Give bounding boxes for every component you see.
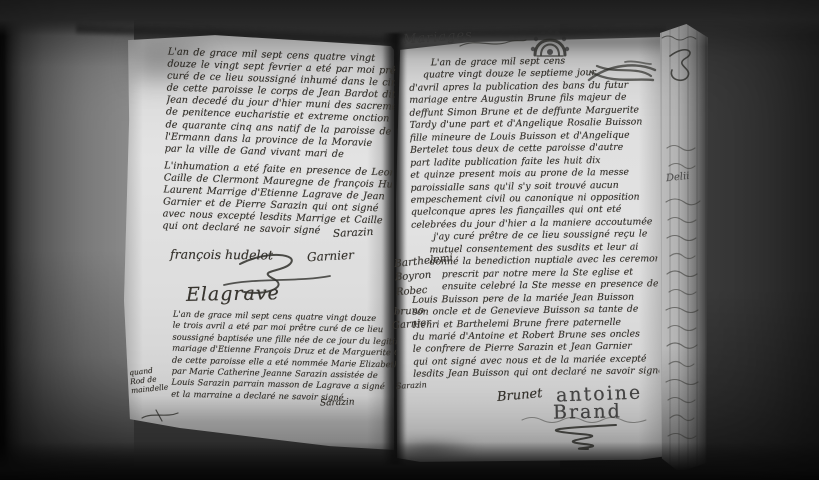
closing-zigzag-paraph: [528, 422, 620, 450]
burial-closing-signature: Sarazin: [333, 226, 374, 240]
margin-name: bruno: [394, 305, 425, 318]
mariages-underline-flourish: [458, 36, 528, 50]
background-left-cover: [0, 0, 134, 480]
bottom-edge-faint-scribble: [520, 414, 650, 424]
marriage-record-text: L'an de grace mil sept censquatre vingt …: [409, 54, 659, 381]
margin-name: Robec: [396, 285, 428, 298]
baptism-closing-signature: Sarazin: [320, 397, 355, 408]
corner-paraph-flourish: [660, 32, 700, 86]
embossed-seal: [527, 25, 573, 59]
margin-name: Sarazin: [396, 380, 427, 391]
burial-record-text: L'an de grace mil sept cens quatre vingt…: [162, 46, 396, 239]
record-heading-lagrave: Elagrave: [186, 282, 280, 306]
page-edge-writing-squiggles: [664, 140, 702, 450]
register-scan-photo: L'an de grace mil sept cens quatre vingt…: [0, 0, 819, 480]
baptism-record-text: L'an de grace mil sept cens quatre vingt…: [171, 309, 397, 405]
margin-note-cross-mark: [140, 408, 180, 422]
